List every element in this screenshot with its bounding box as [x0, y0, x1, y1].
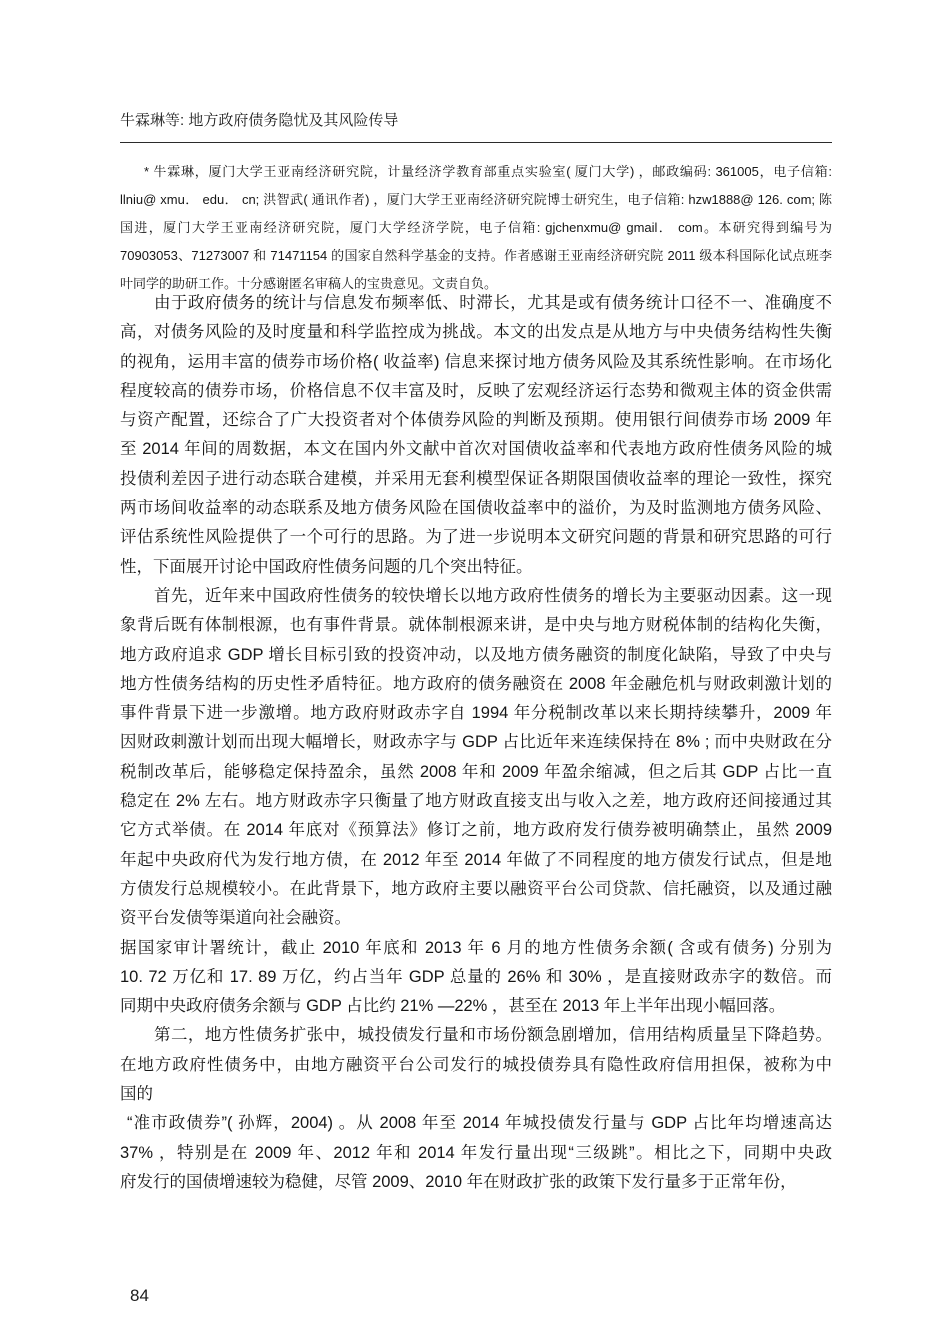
- text-line: 地方政府追求 GDP 增长目标引致的投资冲动，以及地方债务融资的制度化缺陷，导致…: [120, 641, 832, 670]
- text-line: 事件背景下进一步激增。地方政府财政赤字自 1994 年分税制改革以来长期持续攀升…: [120, 699, 832, 728]
- text-line: 同期中央政府债务余额与 GDP 占比约 21% —22% ，甚至在 2013 年…: [120, 992, 832, 1021]
- footnote-line: 国进，厦门大学王亚南经济研究院，厦门大学经济学院，电子信箱: gjchenxmu…: [120, 214, 832, 242]
- text-line: 据国家审计署统计，截止 2010 年底和 2013 年 6 月的地方性债务余额(…: [120, 934, 832, 963]
- paragraph: 首先，近年来中国政府性债务的较快增长以地方政府性债务的增长为主要驱动因素。这一现…: [120, 582, 832, 934]
- running-head-title: 牛霖琳等: 地方政府债务隐忧及其风险传导: [120, 110, 832, 132]
- text-line: 首先，近年来中国政府性债务的较快增长以地方政府性债务的增长为主要驱动因素。这一现: [120, 582, 832, 611]
- text-line: 由于政府债务的统计与信息发布频率低、时滞长，尤其是或有债务统计口径不一、准确度不: [120, 289, 832, 318]
- text-line: 在地方政府性债务中，由地方融资平台公司发行的城投债券具有隐性政府信用担保，被称为…: [120, 1051, 832, 1080]
- text-line: 37% ，特别是在 2009 年、2012 年和 2014 年发行量出现“三级跳…: [120, 1139, 832, 1168]
- text-line: 府发行的国债增速较为稳健，尽管 2009、2010 年在财政扩张的政策下发行量多…: [120, 1168, 832, 1197]
- text-line: 地方性债务结构的历史性矛盾特征。地方政府的债务融资在 2008 年金融危机与财政…: [120, 670, 832, 699]
- paragraph: 第二，地方性债务扩张中，城投债发行量和市场份额急剧增加，信用结构质量呈下降趋势。…: [120, 1021, 832, 1109]
- text-line: 因财政刺激计划而出现大幅增长，财政赤字与 GDP 占比近年来连续保持在 8% ;…: [120, 728, 832, 757]
- text-line: 投债利差因子进行动态联合建模，并采用无套利模型保证各期限国债收益率的理论一致性，…: [120, 465, 832, 494]
- text-line: “准市政债券”( 孙辉，2004) 。从 2008 年至 2014 年城投债发行…: [120, 1109, 832, 1138]
- text-line: 高，对债务风险的及时度量和科学监控成为挑战。本文的出发点是从地方与中央债务结构性…: [120, 318, 832, 347]
- text-line: 与资产配置，还综合了广大投资者对个体债券风险的判断及预期。使用银行间债券市场 2…: [120, 406, 832, 435]
- text-line: 年起中央政府代为发行地方债，在 2012 年至 2014 年做了不同程度的地方债…: [120, 846, 832, 875]
- footnote-line: * 牛霖琳，厦门大学王亚南经济研究院，计量经济学教育部重点实验室( 厦门大学) …: [120, 158, 832, 186]
- page-number: 84: [130, 1284, 149, 1308]
- text-line: 象背后既有体制根源，也有事件背景。就体制根源来讲，是中央与地方财税体制的结构化失…: [120, 611, 832, 640]
- text-line: 评估系统性风险提供了一个可行的思路。为了进一步说明本文研究问题的背景和研究思路的…: [120, 523, 832, 552]
- text-line: 至 2014 年间的周数据，本文在国内外文献中首次对国债收益率和代表地方政府性债…: [120, 435, 832, 464]
- text-line: 它方式举债。在 2014 年底对《预算法》修订之前，地方政府发行债券被明确禁止，…: [120, 816, 832, 845]
- text-line: 资平台发债等渠道向社会融资。: [120, 904, 832, 933]
- text-line: 10. 72 万亿和 17. 89 万亿，约占当年 GDP 总量的 26% 和 …: [120, 963, 832, 992]
- text-line: 程度较高的债券市场，价格信息不仅丰富及时，反映了宏观经济运行态势和微观主体的资金…: [120, 377, 832, 406]
- article-body: 由于政府债务的统计与信息发布频率低、时滞长，尤其是或有债务统计口径不一、准确度不…: [120, 289, 832, 1197]
- text-line: 稳定在 2% 左右。地方财政赤字只衡量了地方财政直接支出与收入之差，地方政府还间…: [120, 787, 832, 816]
- document-page: 牛霖琳等: 地方政府债务隐忧及其风险传导 * 牛霖琳，厦门大学王亚南经济研究院，…: [0, 0, 950, 1344]
- text-line: 国的: [120, 1080, 832, 1109]
- text-line: 第二，地方性债务扩张中，城投债发行量和市场份额急剧增加，信用结构质量呈下降趋势。: [120, 1021, 832, 1050]
- text-line: 性，下面展开讨论中国政府性债务问题的几个突出特征。: [120, 553, 832, 582]
- paragraph: 由于政府债务的统计与信息发布频率低、时滞长，尤其是或有债务统计口径不一、准确度不…: [120, 289, 832, 582]
- text-line: 的视角，运用丰富的债券市场价格( 收益率) 信息来探讨地方债务风险及其系统性影响…: [120, 348, 832, 377]
- text-line: 方债发行总规模较小。在此背景下，地方政府主要以融资平台公司贷款、信托融资，以及通…: [120, 875, 832, 904]
- header-rule: [120, 142, 832, 143]
- paragraph: “准市政债券”( 孙辉，2004) 。从 2008 年至 2014 年城投债发行…: [120, 1109, 832, 1197]
- paragraph: 据国家审计署统计，截止 2010 年底和 2013 年 6 月的地方性债务余额(…: [120, 934, 832, 1022]
- footnote-line: llniu@ xmu． edu． cn; 洪智武( 通讯作者) ，厦门大学王亚南…: [120, 186, 832, 214]
- footnote-line: 70903053、71273007 和 71471154 的国家自然科学基金的支…: [120, 242, 832, 270]
- text-line: 税制改革后，能够稳定保持盈余，虽然 2008 年和 2009 年盈余缩减，但之后…: [120, 758, 832, 787]
- text-line: 两市场间收益率的动态联系及地方债务风险在国债收益率中的溢价，为及时监测地方债务风…: [120, 494, 832, 523]
- footnote-block: * 牛霖琳，厦门大学王亚南经济研究院，计量经济学教育部重点实验室( 厦门大学) …: [120, 158, 832, 298]
